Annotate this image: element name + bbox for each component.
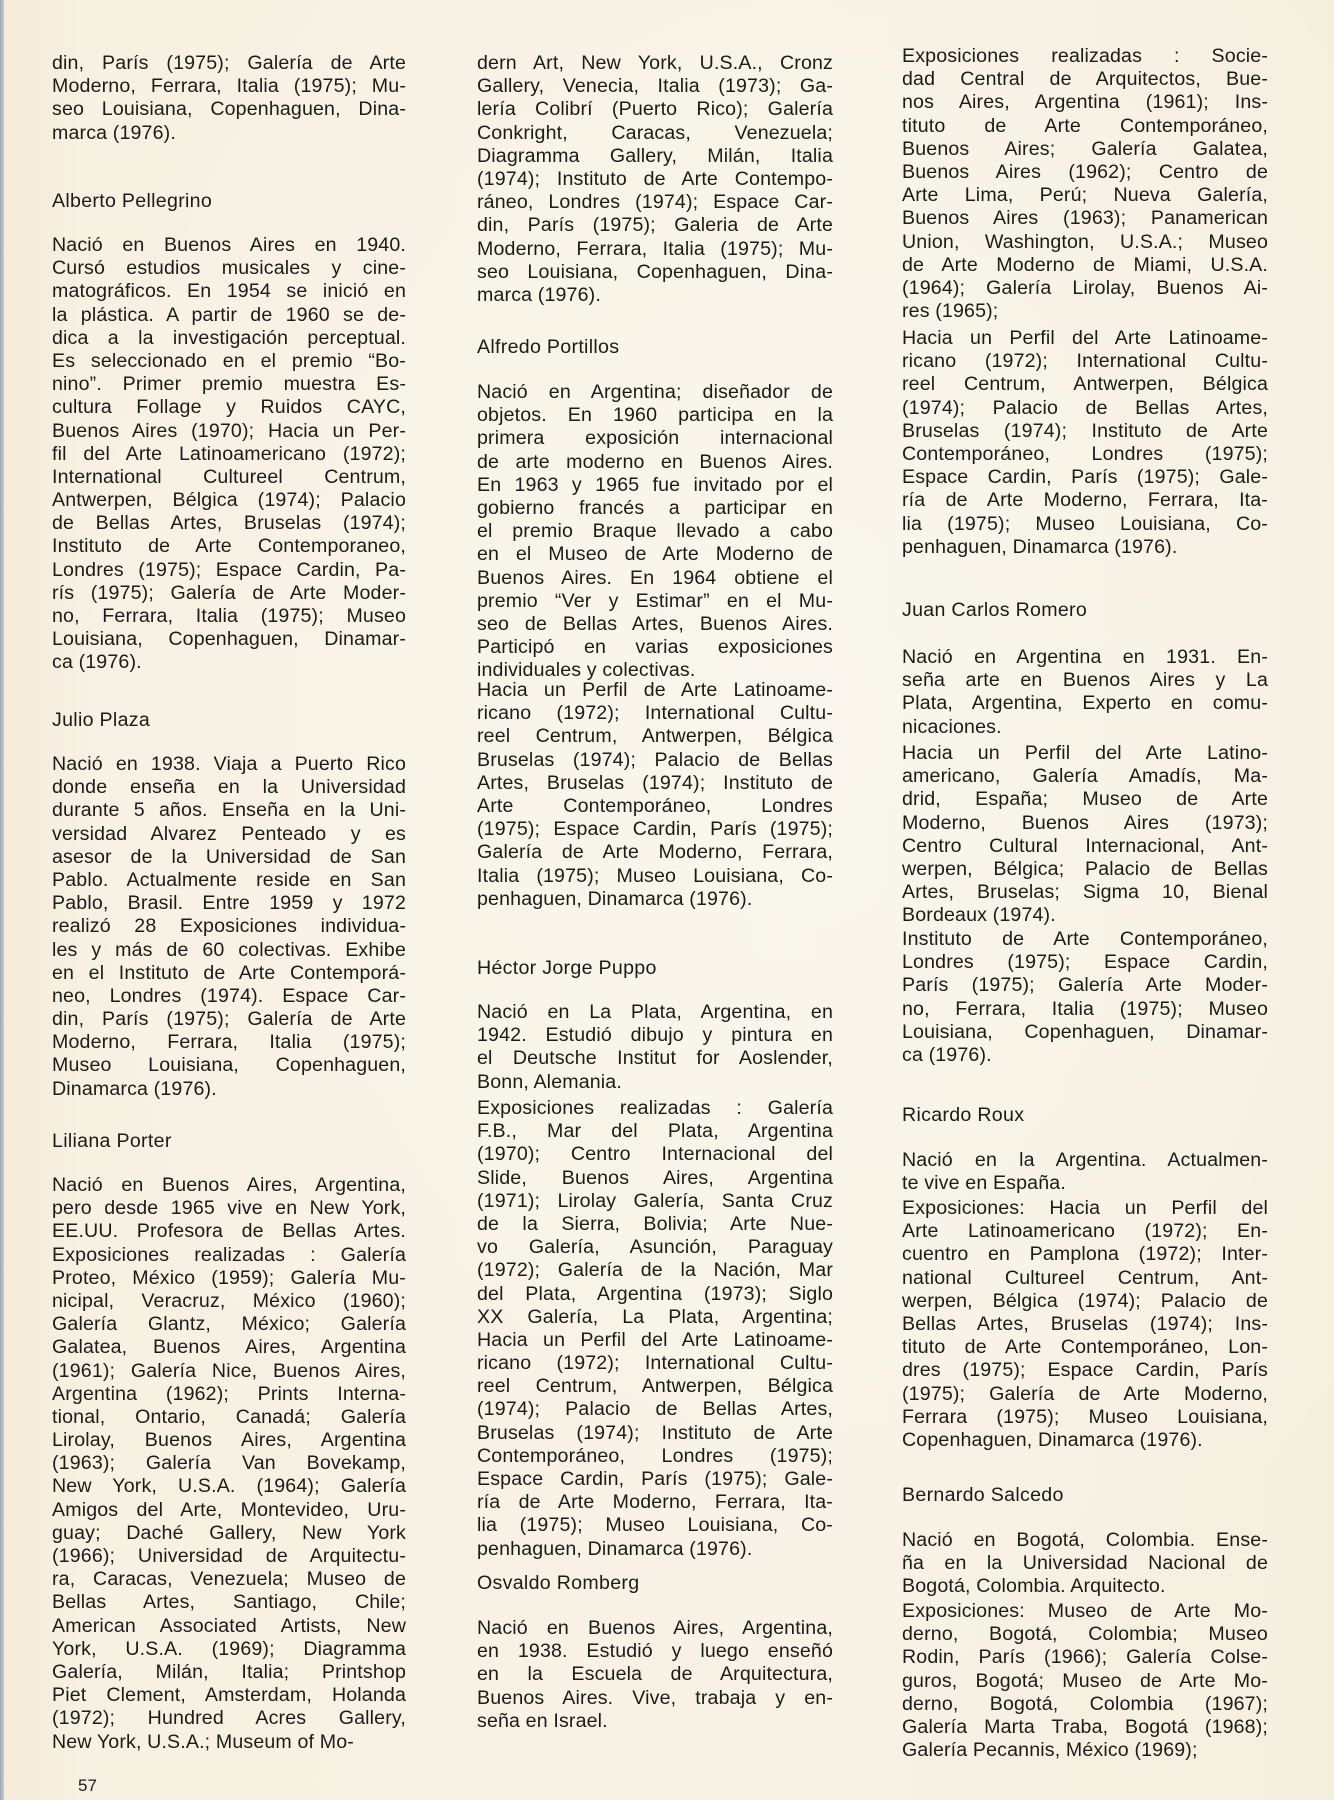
text-line: Bogotá, Colombia. Arquitecto. (902, 1575, 1268, 1598)
text-line: reel Centrum, Antwerpen, Bélgica (477, 1375, 833, 1398)
text-line: les y más de 60 colectivas. Exhibe (52, 939, 406, 962)
artist-name-heading: Héctor Jorge Puppo (477, 957, 833, 980)
text-line: nicipal, Veracruz, México (1960); (52, 1290, 406, 1313)
text-line: cuentro en Pamplona (1972); Inter- (902, 1243, 1268, 1266)
text-line: Bordeaux (1974). (902, 904, 1268, 927)
biography-paragraph: Nació en La Plata, Argentina, en1942. Es… (477, 1001, 833, 1094)
text-line: premio “Ver y Estimar” en el Mu- (477, 590, 833, 613)
text-line: Hacia un Perfil del Arte Latinoame- (902, 327, 1268, 350)
text-line: matográficos. En 1954 se inició en (52, 280, 406, 303)
text-line: Pablo, Brasil. Entre 1959 y 1972 (52, 892, 406, 915)
text-line: Lirolay, Buenos Aires, Argentina (52, 1429, 406, 1452)
text-line: Es seleccionado en el premio “Bo- (52, 350, 406, 373)
text-line: werpen, Bélgica; Palacio de Bellas (902, 858, 1268, 881)
artist-name: Alberto Pellegrino (52, 190, 406, 213)
text-line: en el Museo de Arte Moderno de (477, 543, 833, 566)
artist-name-heading: Liliana Porter (52, 1130, 406, 1153)
text-line: Union, Washington, U.S.A.; Museo (902, 231, 1268, 254)
text-line: Buenos Aires. En 1964 obtiene el (477, 567, 833, 590)
text-line: en la Escuela de Arquitectura, (477, 1663, 833, 1686)
text-line: (1964); Galería Lirolay, Buenos Ai- (902, 277, 1268, 300)
text-line: seo Louisiana, Copenhaguen, Dina- (52, 98, 406, 121)
text-line: dad Central de Arquitectos, Bue- (902, 68, 1268, 91)
text-line: derno, Bogotá, Colombia (1967); (902, 1693, 1268, 1716)
text-line: americano, Galería Amadís, Ma- (902, 765, 1268, 788)
text-line: Londres (1975); Espace Cardin, Pa- (52, 559, 406, 582)
text-line: (1974); Instituto de Arte Contempo- (477, 168, 833, 191)
text-line: ca (1976). (902, 1044, 1268, 1067)
biography-paragraph: Nació en Buenos Aires, Argentina,en 1938… (477, 1617, 833, 1733)
text-line: EE.UU. Profesora de Bellas Artes. (52, 1220, 406, 1243)
text-line: guay; Daché Gallery, New York (52, 1522, 406, 1545)
text-line: (1961); Galería Nice, Buenos Aires, (52, 1360, 406, 1383)
text-line: la plástica. A partir de 1960 se de- (52, 304, 406, 327)
artist-name: Bernardo Salcedo (902, 1484, 1268, 1507)
biography-paragraph: Hacia un Perfil del Arte Latino-american… (902, 742, 1268, 928)
text-line: realizó 28 Exposiciones individua- (52, 915, 406, 938)
text-line: Nació en la Argentina. Actualmen- (902, 1149, 1268, 1172)
page-number: 57 (78, 1776, 97, 1796)
text-line: Espace Cardin, París (1975); Gale- (477, 1468, 833, 1491)
text-line: ricano (1972); International Cultu- (477, 1352, 833, 1375)
text-line: Bruselas (1974); Palacio de Bellas (477, 749, 833, 772)
text-line: Bruselas (1974); Instituto de Arte (477, 1422, 833, 1445)
biography-paragraph: Exposiciones realizadas : Socie-dad Cent… (902, 45, 1268, 323)
text-line: Ferrara (1975); Museo Louisiana, (902, 1406, 1268, 1429)
artist-name: Osvaldo Romberg (477, 1572, 833, 1595)
text-line: marca (1976). (477, 284, 833, 307)
biography-paragraph: Exposiciones: Hacia un Perfil delArte La… (902, 1197, 1268, 1452)
text-line: asesor de la Universidad de San (52, 846, 406, 869)
text-line: no, Ferrara, Italia (1975); Museo (902, 998, 1268, 1021)
artist-name-heading: Alberto Pellegrino (52, 190, 406, 213)
text-line: te vive en España. (902, 1172, 1268, 1195)
text-line: Hacia un Perfil del Arte Latinoame- (477, 1329, 833, 1352)
text-line: Bonn, Alemania. (477, 1071, 833, 1094)
text-line: ña en la Universidad Nacional de (902, 1552, 1268, 1575)
text-line: Exposiciones: Museo de Arte Mo- (902, 1600, 1268, 1623)
biography-paragraph: din, París (1975); Galería de ArteModern… (52, 52, 406, 145)
text-line: dica a la investigación perceptual. (52, 327, 406, 350)
text-line: (1975); Espace Cardin, París (1975); (477, 818, 833, 841)
artist-name: Ricardo Roux (902, 1104, 1268, 1127)
text-line: Instituto de Arte Contemporáneo, (902, 928, 1268, 951)
artist-name: Juan Carlos Romero (902, 599, 1268, 622)
text-line: (1972); Galería de la Nación, Mar (477, 1259, 833, 1282)
text-line: Arte Latinoamericano (1972); En- (902, 1220, 1268, 1243)
text-line: Moderno, Buenos Aires (1973); (902, 812, 1268, 835)
text-line: nicaciones. (902, 716, 1268, 739)
text-line: Galatea, Buenos Aires, Argentina (52, 1336, 406, 1359)
text-line: seo de Bellas Artes, Buenos Aires. (477, 613, 833, 636)
text-line: neo, Londres (1974). Espace Car- (52, 985, 406, 1008)
text-line: reel Centrum, Antwerpen, Bélgica (477, 725, 833, 748)
text-line: (1974); Palacio de Bellas Artes, (902, 397, 1268, 420)
text-line: lia (1975); Museo Louisiana, Co- (477, 1514, 833, 1537)
biography-paragraph: dern Art, New York, U.S.A., CronzGallery… (477, 52, 833, 307)
text-line: Exposiciones: Hacia un Perfil del (902, 1197, 1268, 1220)
text-line: nino”. Primer premio muestra Es- (52, 373, 406, 396)
text-line: Moderno, Ferrara, Italia (1975); Mu- (52, 75, 406, 98)
text-line: Buenos Aires. Vive, trabaja y en- (477, 1687, 833, 1710)
text-line: Cursó estudios musicales y cine- (52, 257, 406, 280)
text-line: derno, Bogotá, Colombia; Museo (902, 1623, 1268, 1646)
biography-paragraph: Exposiciones: Museo de Arte Mo-derno, Bo… (902, 1600, 1268, 1762)
text-line: Amigos del Arte, Montevideo, Uru- (52, 1499, 406, 1522)
artist-name: Julio Plaza (52, 709, 406, 732)
text-line: guros, Bogotá; Museo de Arte Mo- (902, 1670, 1268, 1693)
text-line: Bellas Artes, Bruselas (1974); Ins- (902, 1313, 1268, 1336)
text-line: Galería de Arte Moderno, Ferrara, (477, 841, 833, 864)
text-line: primera exposición internacional (477, 427, 833, 450)
text-line: Exposiciones realizadas : Galería (52, 1244, 406, 1267)
text-line: (1970); Centro Internacional del (477, 1143, 833, 1166)
text-line: Dinamarca (1976). (52, 1078, 406, 1101)
text-line: Louisiana, Copenhaguen, Dinamar- (902, 1021, 1268, 1044)
artist-name: Liliana Porter (52, 1130, 406, 1153)
text-line: dern Art, New York, U.S.A., Cronz (477, 52, 833, 75)
text-line: Galería, Milán, Italia; Printshop (52, 1661, 406, 1684)
biography-paragraph: Exposiciones realizadas : GaleríaF.B., M… (477, 1097, 833, 1561)
biography-paragraph: Nació en Buenos Aires, Argentina,pero de… (52, 1174, 406, 1754)
text-line: werpen, Bélgica (1974); Palacio de (902, 1290, 1268, 1313)
text-line: (1971); Lirolay Galería, Santa Cruz (477, 1190, 833, 1213)
text-line: de arte moderno en Buenos Aires. (477, 451, 833, 474)
text-line: Plata, Argentina, Experto en comu- (902, 692, 1268, 715)
text-line: de Arte Moderno de Miami, U.S.A. (902, 254, 1268, 277)
text-line: Bruselas (1974); Instituto de Arte (902, 420, 1268, 443)
text-line: penhaguen, Dinamarca (1976). (477, 888, 833, 911)
text-line: durante 5 años. Enseña en la Uni- (52, 799, 406, 822)
artist-name-heading: Juan Carlos Romero (902, 599, 1268, 622)
text-line: lería Colibrí (Puerto Rico); Galería (477, 98, 833, 121)
text-line: (1963); Galería Van Bovekamp, (52, 1452, 406, 1475)
text-line: cultura Follage y Ruidos CAYC, (52, 396, 406, 419)
text-line: Pablo. Actualmente reside en San (52, 869, 406, 892)
text-line: En 1963 y 1965 fue invitado por el (477, 474, 833, 497)
text-line: seña en Israel. (477, 1710, 833, 1733)
text-line: Espace Cardin, París (1975); Gale- (902, 466, 1268, 489)
text-line: Buenos Aires (1963); Panamerican (902, 207, 1268, 230)
text-line: res (1965); (902, 300, 1268, 323)
text-line: Argentina (1962); Prints Interna- (52, 1383, 406, 1406)
text-line: Antwerpen, Bélgica (1974); Palacio (52, 489, 406, 512)
text-line: tituto de Arte Contemporáneo, (902, 115, 1268, 138)
text-line: Galería Glantz, México; Galería (52, 1313, 406, 1336)
text-line: Arte Lima, Perú; Nueva Galería, (902, 184, 1268, 207)
text-line: Arte Contemporáneo, Londres (477, 795, 833, 818)
text-line: de Bellas Artes, Bruselas (1974); (52, 512, 406, 535)
text-line: Nació en Buenos Aires en 1940. (52, 234, 406, 257)
artist-name-heading: Julio Plaza (52, 709, 406, 732)
text-line: Buenos Aires (1970); Hacia un Per- (52, 420, 406, 443)
artist-name: Alfredo Portillos (477, 336, 833, 359)
text-line: tional, Ontario, Canadá; Galería (52, 1406, 406, 1429)
text-line: Buenos Aires; Galería Galatea, (902, 138, 1268, 161)
text-line: el Deutsche Institut for Aoslender, (477, 1047, 833, 1070)
text-line: no, Ferrara, Italia (1975); Museo (52, 605, 406, 628)
biography-paragraph: Hacia un Perfil del Arte Latinoame-rican… (902, 327, 1268, 559)
text-line: Nació en 1938. Viaja a Puerto Rico (52, 753, 406, 776)
text-line: York, U.S.A. (1969); Diagramma (52, 1638, 406, 1661)
text-line: (1974); Palacio de Bellas Artes, (477, 1398, 833, 1421)
text-line: International Cultureel Centrum, (52, 466, 406, 489)
text-line: Piet Clement, Amsterdam, Holanda (52, 1684, 406, 1707)
artist-name-heading: Alfredo Portillos (477, 336, 833, 359)
biography-paragraph: Nació en 1938. Viaja a Puerto Ricodonde … (52, 753, 406, 1101)
text-line: objetos. En 1960 participa en la (477, 404, 833, 427)
artist-name-heading: Osvaldo Romberg (477, 1572, 833, 1595)
text-line: penhaguen, Dinamarca (1976). (902, 536, 1268, 559)
text-line: ricano (1972); International Cultu- (477, 702, 833, 725)
biography-paragraph: Nació en Argentina en 1931. En-seña arte… (902, 646, 1268, 739)
artist-name-heading: Bernardo Salcedo (902, 1484, 1268, 1507)
text-line: drid, España; Museo de Arte (902, 788, 1268, 811)
text-line: de la Sierra, Bolivia; Arte Nue- (477, 1213, 833, 1236)
biography-paragraph: Instituto de Arte Contemporáneo,Londres … (902, 928, 1268, 1067)
text-line: ráneo, Londres (1974); Espace Car- (477, 191, 833, 214)
text-line: gobierno francés a participar en (477, 497, 833, 520)
text-line: Londres (1975); Espace Cardin, (902, 951, 1268, 974)
text-line: el premio Braque llevado a cabo (477, 520, 833, 543)
text-line: vo Galería, Asunción, Paraguay (477, 1236, 833, 1259)
text-line: Exposiciones realizadas : Socie- (902, 45, 1268, 68)
text-line: New York, U.S.A.; Museum of Mo- (52, 1731, 406, 1754)
text-line: Rodin, París (1966); Galería Colse- (902, 1646, 1268, 1669)
text-line: New York, U.S.A. (1964); Galería (52, 1475, 406, 1498)
text-line: Museo Louisiana, Copenhaguen, (52, 1054, 406, 1077)
text-line: Copenhaguen, Dinamarca (1976). (902, 1429, 1268, 1452)
text-line: Exposiciones realizadas : Galería (477, 1097, 833, 1120)
text-line: Diagramma Gallery, Milán, Italia (477, 145, 833, 168)
text-line: 1942. Estudió dibujo y pintura en (477, 1024, 833, 1047)
text-line: Participó en varias exposiciones (477, 636, 833, 659)
text-line: Nació en Argentina; diseñador de (477, 381, 833, 404)
text-line: penhaguen, Dinamarca (1976). (477, 1538, 833, 1561)
text-line: en 1938. Estudió y luego enseñó (477, 1640, 833, 1663)
text-line: ra, Caracas, Venezuela; Museo de (52, 1568, 406, 1591)
text-line: lia (1975); Museo Louisiana, Co- (902, 513, 1268, 536)
artist-name-heading: Ricardo Roux (902, 1104, 1268, 1127)
text-line: Gallery, Venecia, Italia (1973); Ga- (477, 75, 833, 98)
text-line: tituto de Arte Contemporáneo, Lon- (902, 1336, 1268, 1359)
text-line: ca (1976). (52, 651, 406, 674)
text-line: dres (1975); Espace Cardin, París (902, 1359, 1268, 1382)
text-line: Nació en La Plata, Argentina, en (477, 1001, 833, 1024)
text-line: Italia (1975); Museo Louisiana, Co- (477, 865, 833, 888)
text-line: (1966); Universidad de Arquitectu- (52, 1545, 406, 1568)
text-line: del Plata, Argentina (1973); Siglo (477, 1283, 833, 1306)
text-line: Centro Cultural Internacional, Ant- (902, 835, 1268, 858)
page-binding-edge (0, 0, 4, 1800)
text-line: (1975); Galería de Arte Moderno, (902, 1383, 1268, 1406)
biography-paragraph: Nació en Argentina; diseñador deobjetos.… (477, 381, 833, 682)
text-line: fil del Arte Latinoamericano (1972); (52, 443, 406, 466)
text-line: Nació en Bogotá, Colombia. Ense- (902, 1529, 1268, 1552)
text-line: American Associated Artists, New (52, 1615, 406, 1638)
text-line: F.B., Mar del Plata, Argentina (477, 1120, 833, 1143)
text-line: pero desde 1965 vive en New York, (52, 1197, 406, 1220)
text-line: Bellas Artes, Santiago, Chile; (52, 1591, 406, 1614)
text-line: donde enseña en la Universidad (52, 776, 406, 799)
text-line: ría de Arte Moderno, Ferrara, Ita- (902, 489, 1268, 512)
text-line: Galería Pecannis, México (1969); (902, 1739, 1268, 1762)
text-line: nos Aires, Argentina (1961); Ins- (902, 91, 1268, 114)
text-line: Artes, Bruselas; Sigma 10, Bienal (902, 881, 1268, 904)
text-line: Conkright, Caracas, Venezuela; (477, 122, 833, 145)
text-line: en el Instituto de Arte Contemporá- (52, 962, 406, 985)
text-line: Proteo, México (1959); Galería Mu- (52, 1267, 406, 1290)
text-line: Nació en Buenos Aires, Argentina, (52, 1174, 406, 1197)
text-line: ría de Arte Moderno, Ferrara, Ita- (477, 1491, 833, 1514)
text-line: París (1975); Galería Arte Moder- (902, 974, 1268, 997)
biography-paragraph: Nació en la Argentina. Actualmen-te vive… (902, 1149, 1268, 1195)
text-line: din, París (1975); Galería de Arte (52, 52, 406, 75)
text-line: Louisiana, Copenhaguen, Dinamar- (52, 628, 406, 651)
text-line: Artes, Bruselas (1974); Instituto de (477, 772, 833, 795)
text-line: Contemporáneo, Londres (1975); (902, 443, 1268, 466)
text-line: ricano (1972); International Cultu- (902, 350, 1268, 373)
text-line: Hacia un Perfil de Arte Latinoame- (477, 679, 833, 702)
text-line: (1972); Hundred Acres Gallery, (52, 1707, 406, 1730)
text-line: Moderno, Ferrara, Italia (1975); Mu- (477, 238, 833, 261)
text-line: seña arte en Buenos Aires y La (902, 669, 1268, 692)
text-line: reel Centrum, Antwerpen, Bélgica (902, 373, 1268, 396)
text-line: din, París (1975); Galería de Arte (52, 1008, 406, 1031)
text-line: Hacia un Perfil del Arte Latino- (902, 742, 1268, 765)
text-line: Instituto de Arte Contemporaneo, (52, 535, 406, 558)
artist-name: Héctor Jorge Puppo (477, 957, 833, 980)
biography-paragraph: Nació en Buenos Aires en 1940.Cursó estu… (52, 234, 406, 675)
text-line: rís (1975); Galería de Arte Moder- (52, 582, 406, 605)
text-line: Nació en Argentina en 1931. En- (902, 646, 1268, 669)
text-line: XX Galería, La Plata, Argentina; (477, 1306, 833, 1329)
text-line: Nació en Buenos Aires, Argentina, (477, 1617, 833, 1640)
text-line: Buenos Aires (1962); Centro de (902, 161, 1268, 184)
text-line: marca (1976). (52, 122, 406, 145)
text-line: seo Louisiana, Copenhaguen, Dina- (477, 261, 833, 284)
text-line: Moderno, Ferrara, Italia (1975); (52, 1031, 406, 1054)
text-line: Galería Marta Traba, Bogotá (1968); (902, 1716, 1268, 1739)
text-line: Contemporáneo, Londres (1975); (477, 1445, 833, 1468)
text-line: versidad Alvarez Penteado y es (52, 823, 406, 846)
biography-paragraph: Hacia un Perfil de Arte Latinoame-ricano… (477, 679, 833, 911)
biography-paragraph: Nació en Bogotá, Colombia. Ense-ña en la… (902, 1529, 1268, 1599)
text-line: Slide, Buenos Aires, Argentina (477, 1167, 833, 1190)
text-line: din, París (1975); Galeria de Arte (477, 214, 833, 237)
text-line: national Cultureel Centrum, Ant- (902, 1267, 1268, 1290)
